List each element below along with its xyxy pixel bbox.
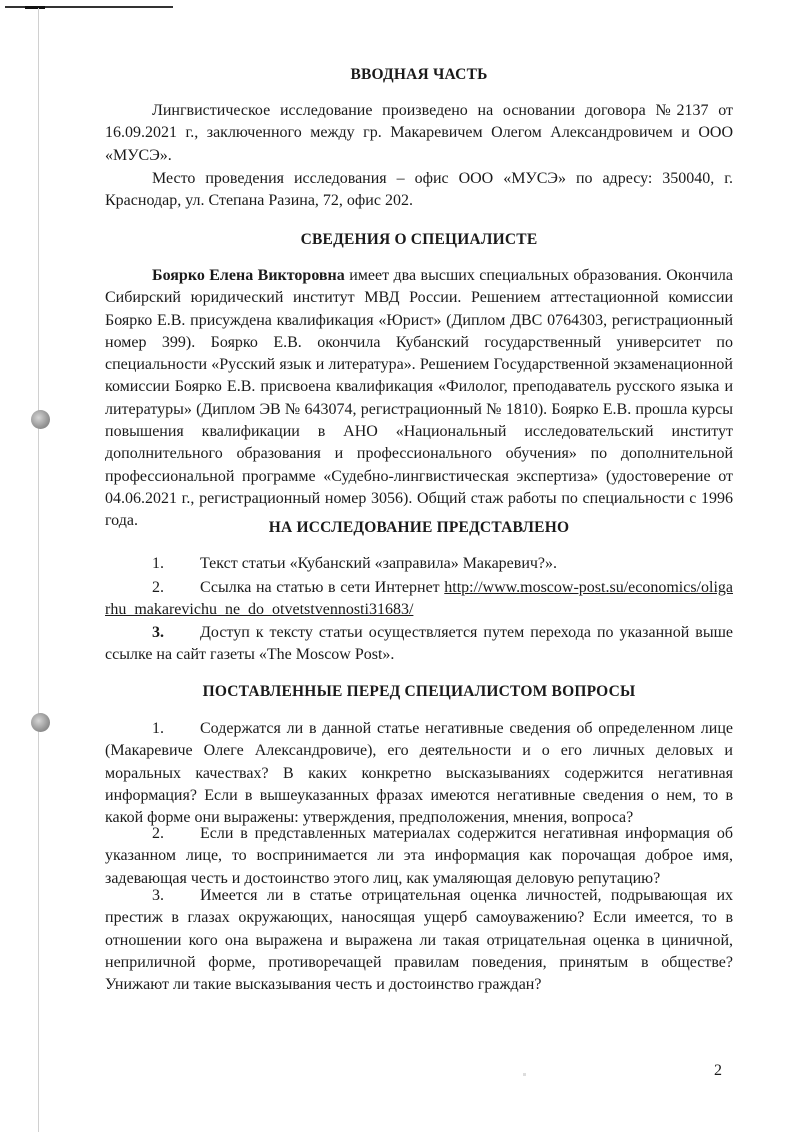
heading-intro: ВВОДНАЯ ЧАСТЬ bbox=[105, 66, 733, 84]
item-text: Имеется ли в статье отрицательная оценка… bbox=[105, 887, 733, 993]
item-number: 1. bbox=[152, 718, 200, 740]
item-number: 3. bbox=[152, 622, 200, 644]
scan-speck bbox=[523, 1073, 526, 1076]
punch-hole-icon bbox=[31, 410, 50, 429]
item-text: Ссылка на статью в сети Интернет bbox=[200, 579, 444, 596]
punch-hole-icon bbox=[31, 713, 50, 732]
item-text: Текст статьи «Кубанский «заправила» Мака… bbox=[200, 555, 557, 572]
item-text: Содержатся ли в данной статье негативные… bbox=[105, 720, 733, 826]
binding-line bbox=[38, 8, 39, 1132]
question-1: 1.Содержатся ли в данной статье негативн… bbox=[105, 718, 733, 829]
scan-edge-mark bbox=[25, 6, 45, 9]
heading-materials: НА ИССЛЕДОВАНИЕ ПРЕДСТАВЛЕНО bbox=[105, 519, 733, 537]
heading-specialist: СВЕДЕНИЯ О СПЕЦИАЛИСТЕ bbox=[105, 231, 733, 249]
item-number: 1. bbox=[152, 553, 200, 575]
question-3: 3.Имеется ли в статье отрицательная оцен… bbox=[105, 885, 733, 996]
item-text: Если в представленных материалах содержи… bbox=[105, 825, 733, 887]
specialist-text: имеет два высших специальных образования… bbox=[105, 267, 733, 529]
item-number: 2. bbox=[152, 823, 200, 845]
question-2: 2.Если в представленных материалах содер… bbox=[105, 823, 733, 890]
intro-paragraph-2: Место проведения исследования – офис ООО… bbox=[105, 168, 733, 213]
item-number: 2. bbox=[152, 577, 200, 599]
specialist-name: Боярко Елена Викторовна bbox=[152, 267, 345, 284]
materials-item-1: 1.Текст статьи «Кубанский «заправила» Ма… bbox=[105, 553, 733, 575]
item-number: 3. bbox=[152, 885, 200, 907]
materials-item-3: 3.Доступ к тексту статьи осуществляется … bbox=[105, 622, 733, 667]
intro-paragraph-1: Лингвистическое исследование произведено… bbox=[105, 100, 733, 167]
heading-questions: ПОСТАВЛЕННЫЕ ПЕРЕД СПЕЦИАЛИСТОМ ВОПРОСЫ bbox=[105, 683, 733, 701]
item-text: Доступ к тексту статьи осуществляется пу… bbox=[105, 624, 733, 663]
page-number: 2 bbox=[714, 1062, 722, 1080]
specialist-paragraph: Боярко Елена Викторовна имеет два высших… bbox=[105, 265, 733, 533]
materials-item-2: 2.Ссылка на статью в сети Интернет http:… bbox=[105, 577, 733, 622]
